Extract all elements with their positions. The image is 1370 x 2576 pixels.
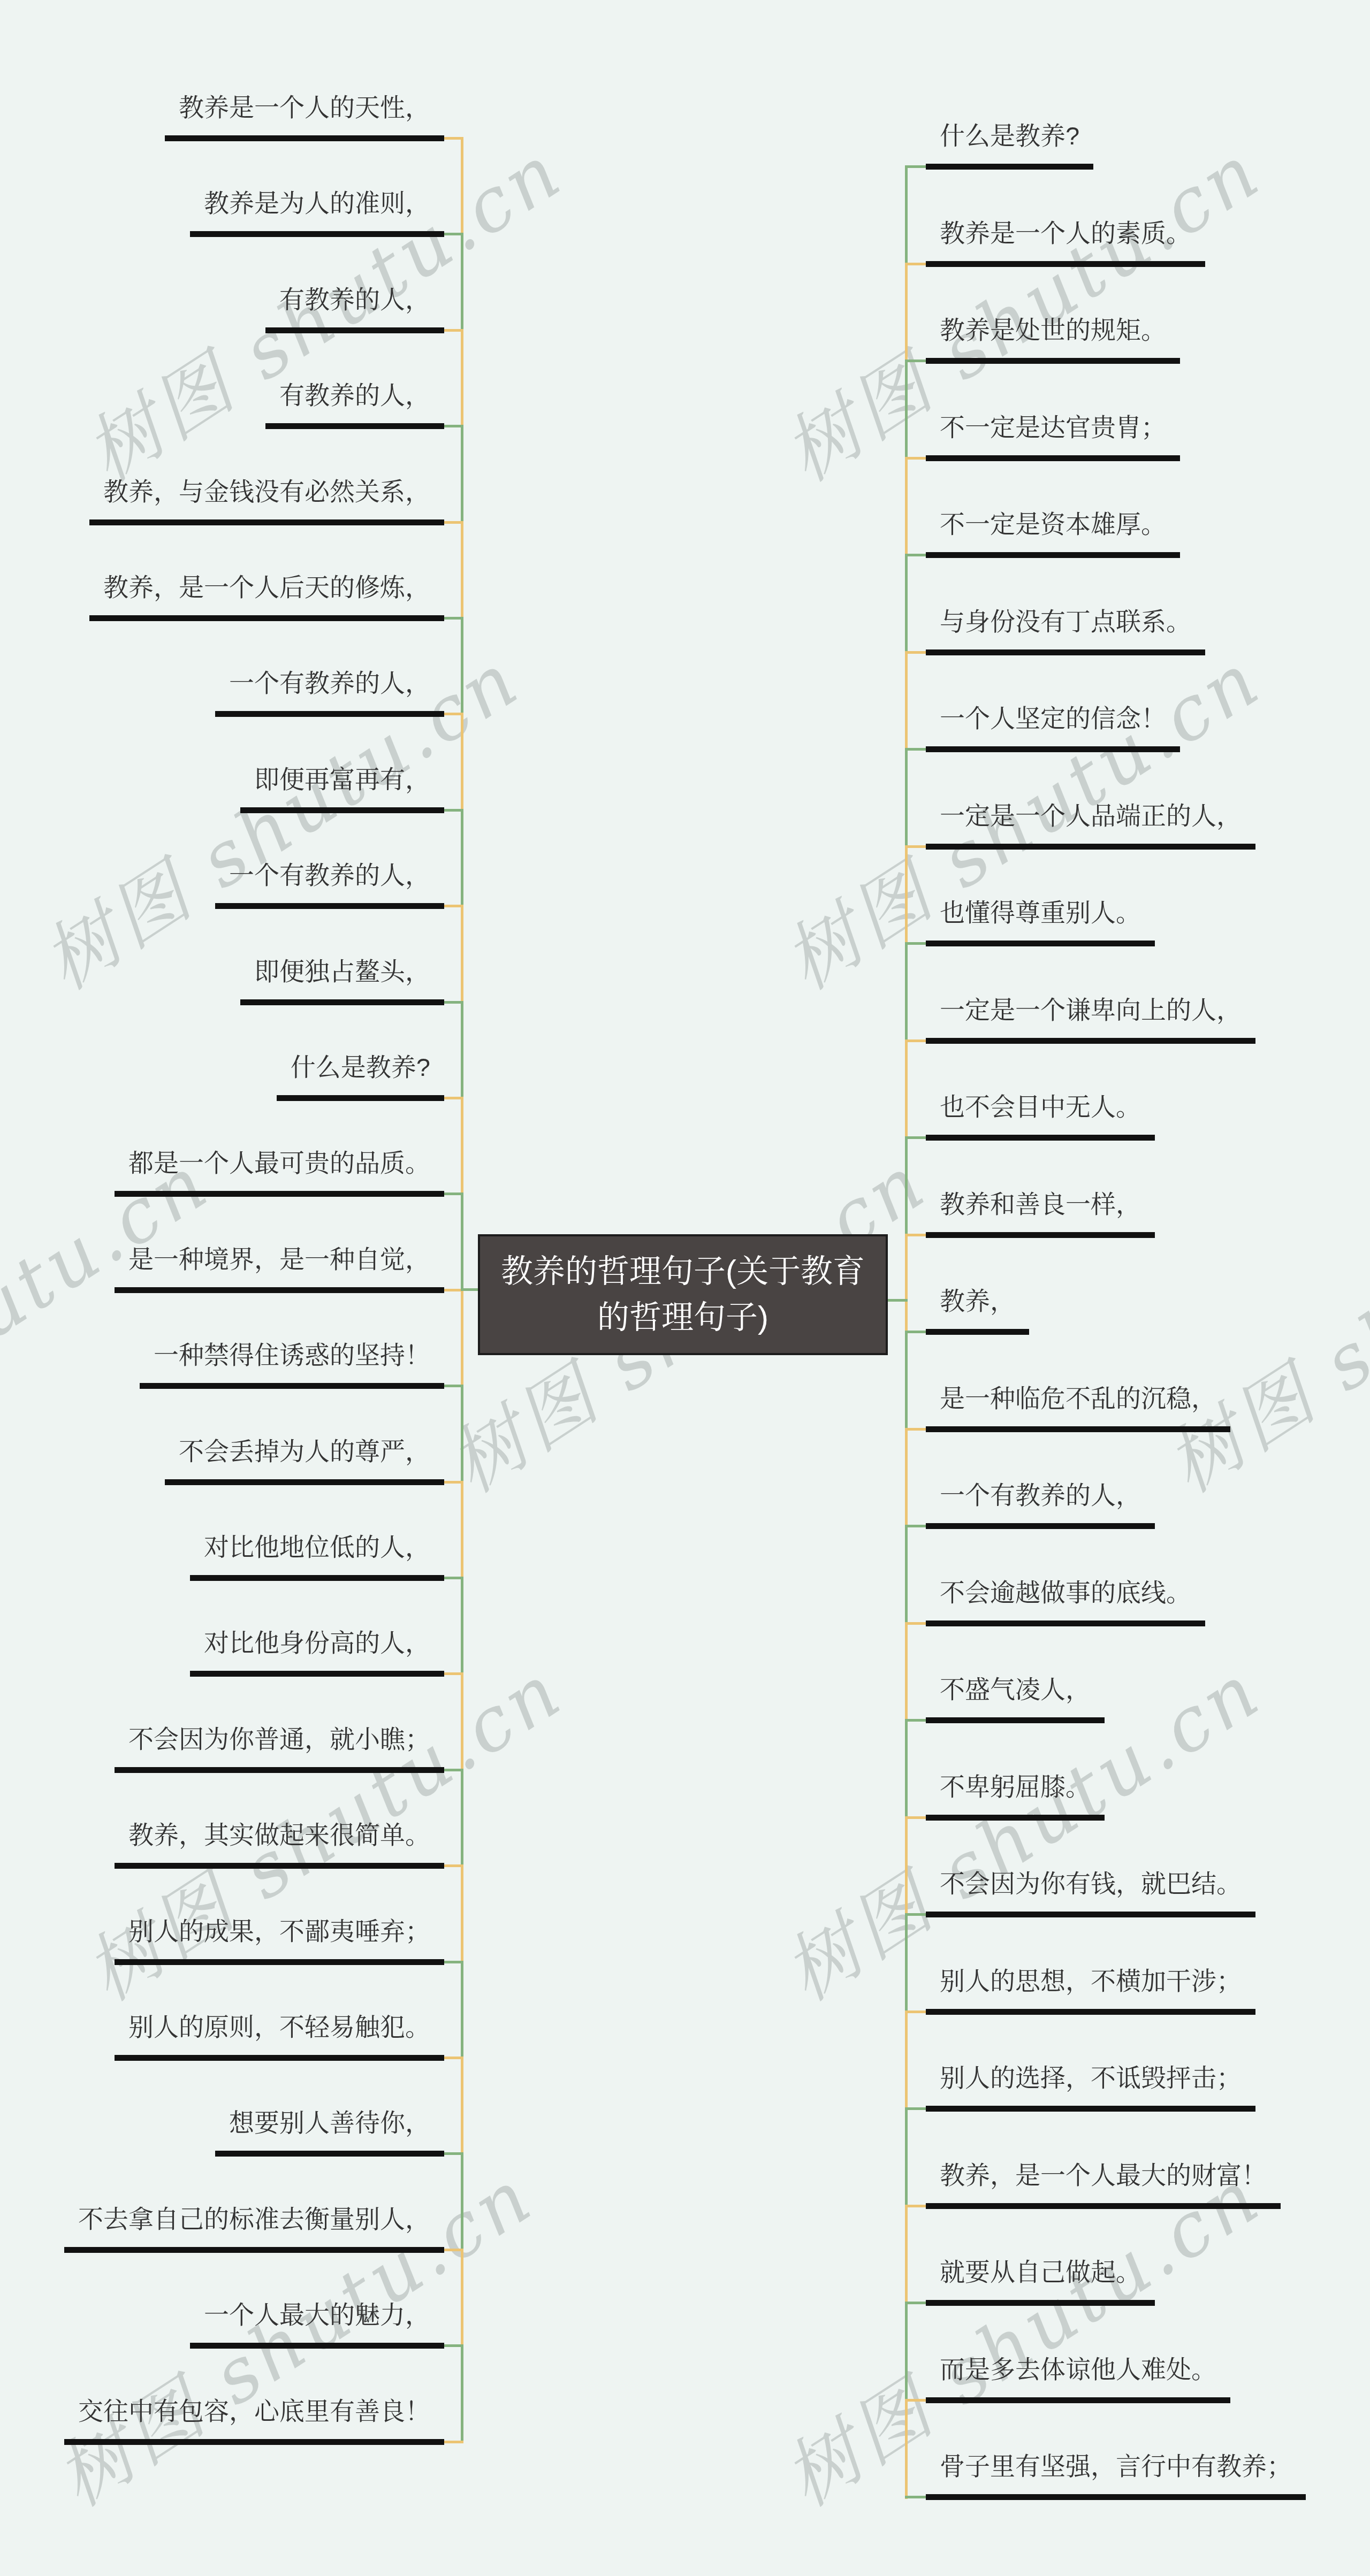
trunk-segment — [461, 1481, 463, 1579]
right-branch-node[interactable]: 教养， — [926, 1286, 1029, 1335]
right-branch-node[interactable]: 不会因为你有钱，就巴结。 — [926, 1869, 1255, 1917]
left-branch-node[interactable]: 交往中有包容，心底里有善良！ — [64, 2396, 444, 2445]
connector-stub — [905, 1428, 927, 1431]
trunk-segment — [461, 1385, 463, 1483]
connector-stub — [905, 1622, 927, 1625]
connector-stub — [905, 651, 927, 654]
trunk-segment — [461, 1961, 463, 2059]
connector-stub — [905, 457, 927, 460]
connector-stub — [905, 554, 927, 556]
trunk-segment — [905, 554, 908, 654]
left-branch-node[interactable]: 一种禁得住诱惑的坚持！ — [140, 1340, 444, 1389]
left-branch-node[interactable]: 不去拿自己的标准去衡量别人， — [64, 2204, 444, 2253]
connector-stub — [905, 165, 927, 168]
mindmap-canvas: 树图 shutu.cn树图 shutu.cn树图 shutu.cn树图 shut… — [0, 0, 1370, 2576]
trunk-segment — [461, 2152, 463, 2251]
left-branch-node[interactable]: 教养，是一个人后天的修炼， — [89, 572, 444, 621]
connector-stub — [905, 2399, 927, 2402]
connector-stub — [905, 2496, 927, 2498]
right-branch-node[interactable]: 就要从自己做起。 — [926, 2257, 1155, 2306]
right-branch-node[interactable]: 不会逾越做事的底线。 — [926, 1578, 1205, 1626]
trunk-segment — [461, 617, 463, 715]
trunk-segment — [905, 2011, 908, 2111]
connector-stub — [905, 2107, 927, 2110]
connector-stub — [905, 1525, 927, 1527]
left-branch-node[interactable]: 别人的原则，不轻易触犯。 — [115, 2012, 444, 2061]
left-branch-node[interactable]: 不会因为你普通，就小瞧； — [115, 1724, 444, 1773]
connector-stub — [443, 2441, 463, 2443]
connector-stub — [905, 1234, 927, 1236]
trunk-segment — [905, 1039, 908, 1140]
trunk-segment — [461, 1289, 463, 1387]
trunk-segment — [905, 165, 908, 265]
right-branch-node[interactable]: 教养和善良一样， — [926, 1189, 1155, 1238]
right-branch-node[interactable]: 不卑躬屈膝。 — [926, 1772, 1105, 1821]
connector-stub — [905, 2011, 927, 2013]
right-branch-node[interactable]: 一个有教养的人， — [926, 1480, 1155, 1529]
right-branch-node[interactable]: 与身份没有丁点联系。 — [926, 607, 1205, 655]
trunk-segment — [461, 1193, 463, 1291]
right-branch-node[interactable]: 不一定是达官贵胄； — [926, 412, 1180, 461]
trunk-segment — [461, 233, 463, 331]
left-branch-node[interactable]: 是一种境界，是一种自觉， — [115, 1244, 444, 1293]
trunk-segment — [905, 2302, 908, 2402]
right-branch-node[interactable]: 一定是一个人品端正的人， — [926, 801, 1255, 850]
trunk-segment — [461, 905, 463, 1003]
left-branch-node[interactable]: 有教养的人， — [265, 380, 444, 429]
trunk-segment — [461, 1769, 463, 1867]
right-branch-node[interactable]: 别人的选择，不诋毁抨击； — [926, 2063, 1255, 2112]
trunk-segment — [461, 137, 463, 235]
left-branch-node[interactable]: 教养，与金钱没有必然关系， — [89, 477, 444, 525]
trunk-segment — [905, 845, 908, 945]
connector-stub — [905, 845, 927, 848]
right-branch-node[interactable]: 骨子里有坚强，言行中有教养； — [926, 2451, 1306, 2500]
trunk-segment — [905, 457, 908, 557]
left-branch-node[interactable]: 即便再富再有， — [240, 765, 444, 813]
trunk-segment — [461, 2344, 463, 2443]
trunk-segment — [905, 748, 908, 848]
trunk-segment — [461, 1577, 463, 1675]
right-branch-node[interactable]: 别人的思想，不横加干涉； — [926, 1966, 1255, 2015]
trunk-segment — [461, 425, 463, 523]
right-branch-node[interactable]: 什么是教养? — [926, 121, 1093, 170]
watermark: 树图 shutu.cn — [1143, 1125, 1370, 1513]
trunk-segment — [905, 942, 908, 1042]
connector-stub — [905, 2205, 927, 2207]
trunk-segment — [461, 1672, 463, 1771]
trunk-segment — [461, 713, 463, 811]
left-branch-node[interactable]: 不会丢掉为人的尊严， — [165, 1436, 444, 1485]
trunk-segment — [461, 1001, 463, 1099]
right-branch-node[interactable]: 也懂得尊重别人。 — [926, 898, 1155, 946]
central-topic-line: 的哲理句子) — [597, 1295, 768, 1341]
left-branch-node[interactable]: 对比他地位低的人， — [190, 1532, 444, 1581]
trunk-segment — [461, 2057, 463, 2155]
left-branch-node[interactable]: 教养是为人的准则， — [190, 188, 444, 237]
trunk-segment — [905, 2107, 908, 2207]
connector-stub — [905, 263, 927, 265]
trunk-segment — [905, 360, 908, 460]
connector-stub — [905, 360, 927, 362]
trunk-segment — [905, 1816, 908, 1916]
root-connector — [886, 1299, 908, 1302]
trunk-segment — [461, 1097, 463, 1195]
left-branch-node[interactable]: 什么是教养? — [277, 1052, 444, 1101]
connector-stub — [905, 1816, 927, 1819]
right-branch-node[interactable]: 教养是一个人的素质。 — [926, 218, 1205, 267]
trunk-segment — [905, 1913, 908, 2013]
trunk-segment — [905, 263, 908, 363]
trunk-segment — [905, 1234, 908, 1334]
trunk-segment — [905, 1428, 908, 1528]
right-branch-node[interactable]: 是一种临危不乱的沉稳， — [926, 1383, 1230, 1432]
right-branch-node[interactable]: 一个人坚定的信念！ — [926, 704, 1180, 752]
trunk-segment — [905, 1525, 908, 1625]
connector-stub — [905, 1331, 927, 1333]
root-connector — [461, 1288, 480, 1291]
trunk-segment — [461, 1864, 463, 1963]
trunk-segment — [905, 651, 908, 751]
left-branch-node[interactable]: 即便独占鳌头， — [240, 957, 444, 1005]
left-branch-node[interactable]: 一个有教养的人， — [215, 860, 444, 909]
right-branch-node[interactable]: 一定是一个谦卑向上的人， — [926, 995, 1255, 1044]
connector-stub — [905, 748, 927, 751]
left-branch-node[interactable]: 教养是一个人的天性， — [165, 93, 444, 141]
trunk-segment — [905, 1331, 908, 1431]
left-branch-node[interactable]: 想要别人善待你， — [215, 2108, 444, 2157]
left-branch-node[interactable]: 有教养的人， — [265, 285, 444, 333]
right-branch-node[interactable]: 教养，是一个人最大的财富！ — [926, 2160, 1281, 2209]
central-topic-line: 教养的哲理句子(关于教育 — [501, 1249, 865, 1295]
central-topic-node[interactable]: 教养的哲理句子(关于教育 的哲理句子) — [478, 1234, 888, 1355]
trunk-segment — [461, 2249, 463, 2347]
trunk-segment — [461, 809, 463, 907]
connector-stub — [905, 2302, 927, 2304]
right-branch-node[interactable]: 不盛气凌人， — [926, 1675, 1105, 1723]
trunk-segment — [905, 1622, 908, 1722]
connector-stub — [905, 1039, 927, 1042]
right-branch-node[interactable]: 而是多去体谅他人难处。 — [926, 2355, 1230, 2403]
connector-stub — [905, 942, 927, 945]
left-branch-node[interactable]: 对比他身份高的人， — [190, 1628, 444, 1677]
right-branch-node[interactable]: 不一定是资本雄厚。 — [926, 509, 1180, 558]
right-branch-node[interactable]: 也不会目中无人。 — [926, 1092, 1155, 1141]
left-branch-node[interactable]: 别人的成果，不鄙夷唾弃； — [115, 1916, 444, 1965]
trunk-segment — [461, 329, 463, 427]
right-branch-node[interactable]: 教养是处世的规矩。 — [926, 315, 1180, 364]
trunk-segment — [461, 521, 463, 620]
trunk-segment — [905, 2205, 908, 2305]
trunk-segment — [905, 1719, 908, 1819]
connector-stub — [905, 1719, 927, 1722]
left-branch-node[interactable]: 一个人最大的魅力， — [190, 2300, 444, 2349]
left-branch-node[interactable]: 一个有教养的人， — [215, 668, 444, 717]
connector-stub — [905, 1913, 927, 1916]
trunk-segment — [905, 1136, 908, 1236]
trunk-segment — [905, 2399, 908, 2499]
connector-stub — [905, 1136, 927, 1139]
left-branch-node[interactable]: 教养，其实做起来很简单。 — [115, 1820, 444, 1869]
left-branch-node[interactable]: 都是一个人最可贵的品质。 — [115, 1148, 444, 1197]
